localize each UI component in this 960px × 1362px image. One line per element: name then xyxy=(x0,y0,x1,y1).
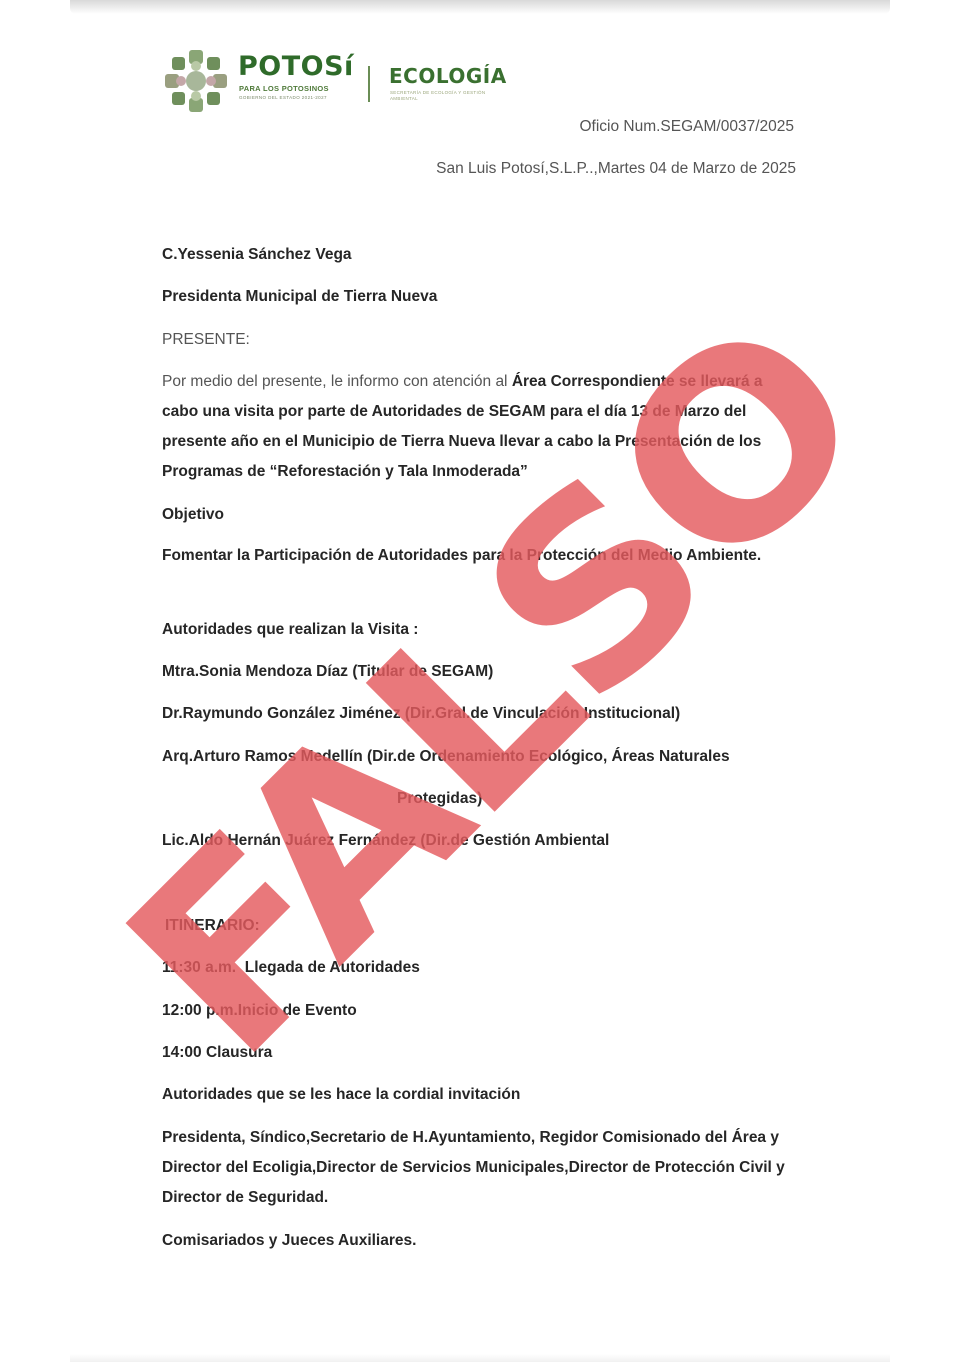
body-intro: Por medio del presente, le informo con a… xyxy=(162,373,512,390)
objective-heading: Objetivo xyxy=(162,506,224,524)
itinerary-item: 14:00 Clausura xyxy=(162,1044,272,1062)
itinerary-heading: ITINERARIO: xyxy=(165,917,260,935)
brand-government: GOBIERNO DEL ESTADO 2021-2027 xyxy=(239,95,327,100)
potosi-emblem-icon xyxy=(163,48,229,114)
header-logo: POTOSí PARA LOS POTOSINOS GOBIERNO DEL E… xyxy=(163,48,523,114)
visitor-item: Mtra.Sonia Mendoza Díaz (Titular de SEGA… xyxy=(162,663,493,681)
invited-heading: Autoridades que se les hace la cordial i… xyxy=(162,1086,520,1104)
visitor-item: Lic.Aldo Hernán Juárez Fernández (Dir.de… xyxy=(162,832,609,850)
letter-reference: Oficio Num.SEGAM/0037/2025 xyxy=(579,118,794,136)
logo-divider xyxy=(368,66,370,102)
salutation: PRESENTE: xyxy=(162,331,250,349)
objective-text: Fomentar la Participación de Autoridades… xyxy=(162,541,762,571)
visitor-item: Dr.Raymundo González Jiménez (Dir.Gral.d… xyxy=(162,705,680,723)
itinerary-item: 12:00 p.m.Inicio de Evento xyxy=(162,1002,357,1020)
invited-text: Presidenta, Síndico,Secretario de H.Ayun… xyxy=(162,1123,807,1213)
visitors-heading: Autoridades que realizan la Visita : xyxy=(162,621,418,639)
invited-extra: Comisariados y Jueces Auxiliares. xyxy=(162,1232,416,1250)
body-paragraph: Por medio del presente, le informo con a… xyxy=(162,367,802,487)
recipient-title: Presidenta Municipal de Tierra Nueva xyxy=(162,288,437,306)
letter-place-date: San Luis Potosí,S.L.P..,Martes 04 de Mar… xyxy=(436,160,796,178)
visitor-item-continuation: Protegidas) xyxy=(397,790,482,808)
department-subtitle: SECRETARÍA DE ECOLOGÍA Y GESTIÓN AMBIENT… xyxy=(390,90,500,102)
itinerary-item: 11:30 a.m. Llegada de Autoridades xyxy=(162,959,420,977)
brand-name: POTOSí xyxy=(238,51,354,82)
visitor-item: Arq.Arturo Ramos Medellín (Dir.de Ordena… xyxy=(162,748,730,766)
department-name: ECOLOGÍA xyxy=(389,64,507,88)
document-page: POTOSí PARA LOS POTOSINOS GOBIERNO DEL E… xyxy=(0,0,960,1362)
recipient-name: C.Yessenia Sánchez Vega xyxy=(162,246,352,264)
brand-tagline: PARA LOS POTOSINOS xyxy=(239,84,329,93)
